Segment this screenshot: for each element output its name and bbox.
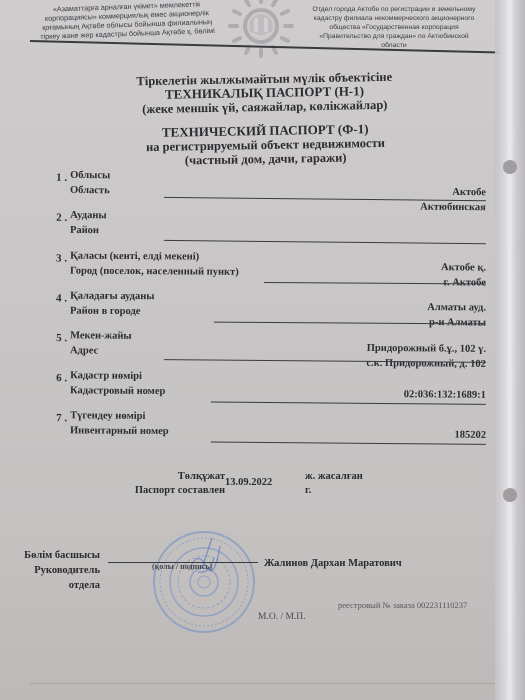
header-ru-line: кадастру филиала некоммерческого акционе… (296, 14, 492, 23)
document-page: «Азаматтарға арналған үкімет» мемлекетті… (0, 0, 525, 700)
field-value-kz: Актобе қ. (441, 260, 486, 275)
field-label-kz: Қаладағы ауданы (70, 289, 154, 305)
field-address: 5 . Мекен-жайы Адрес Придорожный б.ұ., 1… (56, 328, 486, 372)
field-number: 3 . (56, 252, 67, 264)
field-value: Актобе қ. г. Актобе (441, 260, 486, 290)
field-value-ru: 185202 (454, 428, 486, 443)
field-label-kz: Кадастр нөмірі (70, 368, 165, 384)
binder-hole (503, 160, 517, 174)
field-underline (164, 240, 486, 244)
field-number: 6 . (56, 372, 67, 384)
field-label-ru: Адрес (70, 343, 132, 359)
field-city: 3 . Қаласы (кенті, елді мекені) Город (п… (56, 248, 486, 291)
header-org-kz: «Азаматтарға арналған үкімет» мемлекетті… (37, 0, 216, 41)
field-label: Кадастр нөмірі Кадастровый номер (70, 368, 166, 399)
seal-label: М.О. / М.П. (258, 612, 306, 622)
field-underline (211, 441, 486, 444)
field-label-ru: Район (70, 223, 107, 238)
issued-label-kz: Төлқұжат (135, 470, 225, 484)
plastic-sleeve-edge (495, 0, 525, 700)
field-number: 5 . (56, 332, 67, 344)
signatory-name: Жалинов Дархан Маратович (264, 558, 402, 569)
field-label: Қаладағы ауданы Район в городе (70, 289, 155, 320)
header-org-ru: Отдел города Актобе по регистрации и зем… (296, 5, 492, 50)
field-label-kz: Ауданы (70, 208, 107, 223)
field-value: 185202 (454, 414, 486, 443)
issued-label-ru: Паспорт составлен (135, 484, 225, 498)
field-value: 02:036:132:1689:1 (404, 373, 486, 403)
field-label-ru: Район в городе (70, 304, 154, 320)
issued-suffix-kz: ж. жасалған (305, 470, 363, 484)
field-label: Түгендеу нөмірі Инвентарный номер (70, 408, 169, 439)
field-value: Придорожный б.ұ., 102 ү. с.к. Придорожны… (366, 341, 486, 372)
issued-label: Төлқұжат Паспорт составлен (135, 470, 225, 498)
field-number: 7 . (56, 412, 67, 424)
header-ru-line: Отдел города Актобе по регистрации и зем… (296, 5, 492, 14)
field-number: 2 . (56, 212, 67, 224)
signature-label-ru: Руководитель (20, 563, 100, 578)
field-inventory-number: 7 . Түгендеу нөмірі Инвентарный номер 18… (56, 408, 486, 452)
field-label-ru: Город (поселок, населенный пункт) (70, 264, 239, 280)
field-number: 4 . (56, 292, 67, 304)
header-ru-line: «Правительство для граждан» по Актюбинск… (296, 32, 492, 41)
field-value-kz: Придорожный б.ұ., 102 ү. (366, 341, 486, 357)
issued-suffix: ж. жасалған г. (305, 470, 363, 498)
signature-label: Бөлім басшысы Руководитель отдела (20, 548, 100, 593)
field-label-ru: Кадастровый номер (70, 383, 165, 399)
document-title: Тіркелетін жылжымайтын мүлік объектісіне… (99, 69, 431, 169)
sun-family-logo-icon (222, 0, 300, 58)
field-district: 2 . Ауданы Район (56, 208, 486, 253)
issued-suffix-ru: г. (305, 484, 363, 498)
field-label-kz: Қаласы (кенті, елді мекені) (70, 249, 239, 265)
signature-label-ru-2: отдела (20, 578, 100, 593)
signature-label-kz: Бөлім басшысы (20, 548, 100, 563)
field-cadastral-number: 6 . Кадастр нөмірі Кадастровый номер 02:… (56, 368, 486, 412)
official-seal-icon (150, 528, 258, 636)
issued-date: 13.09.2022 (225, 477, 272, 488)
field-value-kz (404, 373, 486, 374)
field-label: Қаласы (кенті, елді мекені) Город (посел… (70, 249, 239, 280)
field-label: Облысы Область (70, 168, 110, 198)
signature-caption: (қолы / подпись) (152, 562, 212, 571)
field-value: Алматы ауд. р-н Алматы (427, 300, 486, 330)
field-label: Мекен-жайы Адрес (70, 328, 132, 359)
field-value-kz: Актобе (420, 185, 486, 201)
field-label-kz: Түгендеу нөмірі (70, 408, 169, 424)
field-city-district: 4 . Қаладағы ауданы Район в городе Алмат… (56, 288, 486, 331)
binder-hole (503, 488, 517, 502)
field-label-kz: Мекен-жайы (70, 328, 132, 344)
registry-number: реестровый № заказа 002231110237 (338, 600, 467, 610)
field-underline (264, 282, 486, 285)
field-number: 1 . (56, 172, 67, 184)
paper-fold-line (30, 683, 510, 684)
field-value-ru: 02:036:132:1689:1 (404, 387, 486, 403)
field-label: Ауданы Район (70, 208, 107, 238)
field-label-ru: Область (70, 183, 110, 198)
header-ru-line: общества «Государственная корпорация (296, 23, 492, 32)
field-value-ru: с.к. Придорожный, д. 102 (366, 356, 486, 372)
field-value-kz: Алматы ауд. (427, 300, 486, 315)
field-label-kz: Облысы (70, 168, 110, 183)
field-label-ru: Инвентарный номер (70, 423, 169, 439)
field-region: 1 . Облысы Область Актобе Актюбинская (56, 168, 486, 213)
